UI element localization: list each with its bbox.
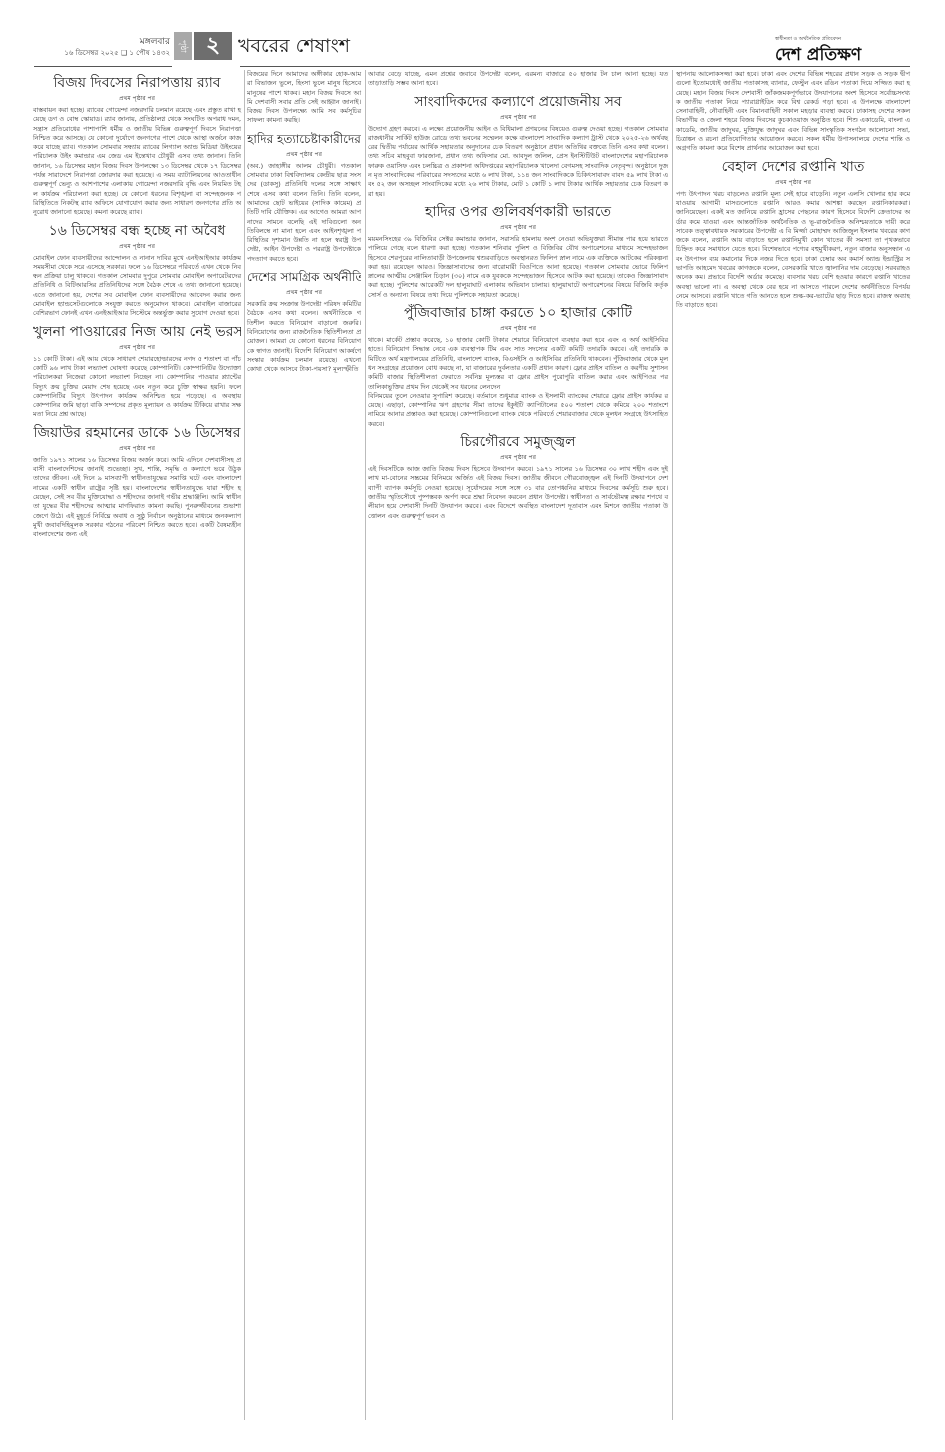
jump-label: প্রথম পৃষ্ঠার পর bbox=[33, 443, 241, 454]
jump-label: প্রথম পৃষ্ঠার পর bbox=[676, 177, 910, 188]
jump-label: প্রথম পৃষ্ঠার পর bbox=[368, 323, 668, 334]
article-headline[interactable]: ১৬ ডিসেম্বর বন্ধ হচ্ছে না অবৈধ bbox=[33, 222, 241, 240]
article-headline[interactable]: জিয়াউর রহমানের ডাকে ১৬ ডিসেম্বর bbox=[33, 424, 241, 442]
article-headline[interactable]: দেশের সামগ্রিক অর্থনীতি bbox=[247, 268, 361, 286]
jump-label: প্রথম পৃষ্ঠার পর bbox=[33, 342, 241, 353]
jump-label: প্রথম পৃষ্ঠার পর bbox=[368, 452, 668, 463]
article-headline[interactable]: বিজয় দিবসের নিরাপত্তায় র‌্যাব bbox=[33, 74, 241, 92]
column-2: বিজয়ের দিনে আমাদের অঙ্গীকার হোক-আমরা বি… bbox=[247, 70, 361, 374]
section-title: খবরের শেষাংশ bbox=[238, 32, 350, 64]
article-headline[interactable]: খুলনা পাওয়ারের নিজ আয় নেই ভরসা bbox=[33, 323, 241, 341]
jump-label: প্রথম পৃষ্ঠার পর bbox=[33, 93, 241, 104]
article-body: পণ্য উৎপাদন খরচ বাড়লেও রপ্তানি মূল্য সে… bbox=[676, 190, 910, 311]
jump-label: প্রথম পৃষ্ঠার পর bbox=[247, 149, 361, 160]
article-headline[interactable]: হাদির ওপর গুলিবর্ষণকারী ভারতে bbox=[368, 203, 668, 221]
header-divider bbox=[240, 66, 910, 67]
article-headline[interactable]: সাংবাদিকদের কল্যাণে প্রয়োজনীয় সব bbox=[368, 93, 668, 111]
article-neir: ১৬ ডিসেম্বর বন্ধ হচ্ছে না অবৈধ প্রথম পৃষ… bbox=[33, 222, 241, 319]
masthead: মঙ্গলবার ১৬ ডিসেম্বর ২০২৫ ❑ ১ পৌষ ১৪৩২ প… bbox=[0, 0, 945, 60]
column-3: আবার বেড়ে যাচ্ছে, এমন প্রশ্নের জবাবে উপ… bbox=[368, 70, 668, 521]
header-divider bbox=[34, 66, 172, 67]
article-body: ১১ কোটি টাকা। এই আয় থেকে সাধারণ শেয়ারহ… bbox=[33, 355, 241, 420]
article-body: থাকে। মার্কেট প্রস্তাব করেছে, ১০ হাজার ক… bbox=[368, 336, 668, 392]
article-body: সরকারি ক্রয় সংক্রান্ত উপদেষ্টা পরিষদ কম… bbox=[247, 300, 361, 374]
article-body: বিজয়ের দিনে আমাদের অঙ্গীকার হোক-আমরা বি… bbox=[247, 70, 361, 126]
article-body: আবার বেড়ে যাচ্ছে, এমন প্রশ্নের জবাবে উপ… bbox=[368, 70, 668, 89]
page-number: ২ bbox=[194, 32, 232, 60]
article-headline[interactable]: বেহাল দেশের রপ্তানি খাত bbox=[676, 158, 910, 176]
article-body: (অব.) জাহাঙ্গীর আলম চৌধুরী। গতকাল সোমবার… bbox=[247, 162, 361, 264]
jump-label: প্রথম পৃষ্ঠার পর bbox=[33, 241, 241, 252]
article-body: উদ্যোগ গ্রহণ করবে। এ লক্ষ্যে প্রয়োজনীয়… bbox=[368, 125, 668, 199]
column-5: স্থাপনায় আলোকসজ্জা করা হবে। ঢাকা এবং দে… bbox=[676, 70, 910, 311]
column-divider bbox=[365, 70, 366, 1420]
article-body: মোবাইল ফোন ব্যবসায়ীদের আন্দোলন ও নানান … bbox=[33, 254, 241, 319]
article-body: এই দিবসটিকে আজ জাতি বিজয় দিবস হিসেবে উদ… bbox=[368, 465, 668, 521]
date-line: ১৬ ডিসেম্বর ২০২৫ ❑ ১ পৌষ ১৪৩২ bbox=[30, 47, 170, 59]
article-body: স্থাপনায় আলোকসজ্জা করা হবে। ঢাকা এবং দে… bbox=[676, 70, 910, 154]
jump-label: প্রথম পৃষ্ঠার পর bbox=[368, 222, 668, 233]
page-label: পৃষ্ঠা bbox=[174, 32, 192, 60]
article-headline[interactable]: পুঁজিবাজার চাঙ্গা করতে ১০ হাজার কোটি bbox=[368, 304, 668, 322]
article-body: ময়মনসিংহের ৩৯ বিজিবির সেক্টর কমান্ডার জ… bbox=[368, 235, 668, 300]
column-divider bbox=[672, 70, 673, 1420]
article-body: জাতি ১৯৭১ সালের ১৬ ডিসেম্বর বিজয় অর্জন … bbox=[33, 456, 241, 540]
jump-label: প্রথম পৃষ্ঠার পর bbox=[368, 112, 668, 123]
article-headline[interactable]: চিরগৌরবে সমুজ্জ্বল bbox=[368, 433, 668, 451]
article-body: বিনিময়ের তুলে নেওয়ার সুপারিশ করেছে। বর… bbox=[368, 392, 668, 429]
article-headline[interactable]: হাদির হত্যাচেষ্টাকারীদের bbox=[247, 130, 361, 148]
column-1: বিজয় দিবসের নিরাপত্তায় র‌্যাব প্রথম পৃ… bbox=[33, 70, 241, 539]
article-rab-security: বিজয় দিবসের নিরাপত্তায় র‌্যাব প্রথম পৃ… bbox=[33, 74, 241, 218]
jump-label: প্রথম পৃষ্ঠার পর bbox=[247, 287, 361, 298]
column-divider bbox=[244, 70, 245, 1420]
article-khulna-power: খুলনা পাওয়ারের নিজ আয় নেই ভরসা প্রথম প… bbox=[33, 323, 241, 420]
article-body: বাস্তবায়ন করা হচ্ছে। র‌্যাবের গোয়েন্দা… bbox=[33, 106, 241, 218]
article-ziaur-rahman: জিয়াউর রহমানের ডাকে ১৬ ডিসেম্বর প্রথম প… bbox=[33, 424, 241, 540]
